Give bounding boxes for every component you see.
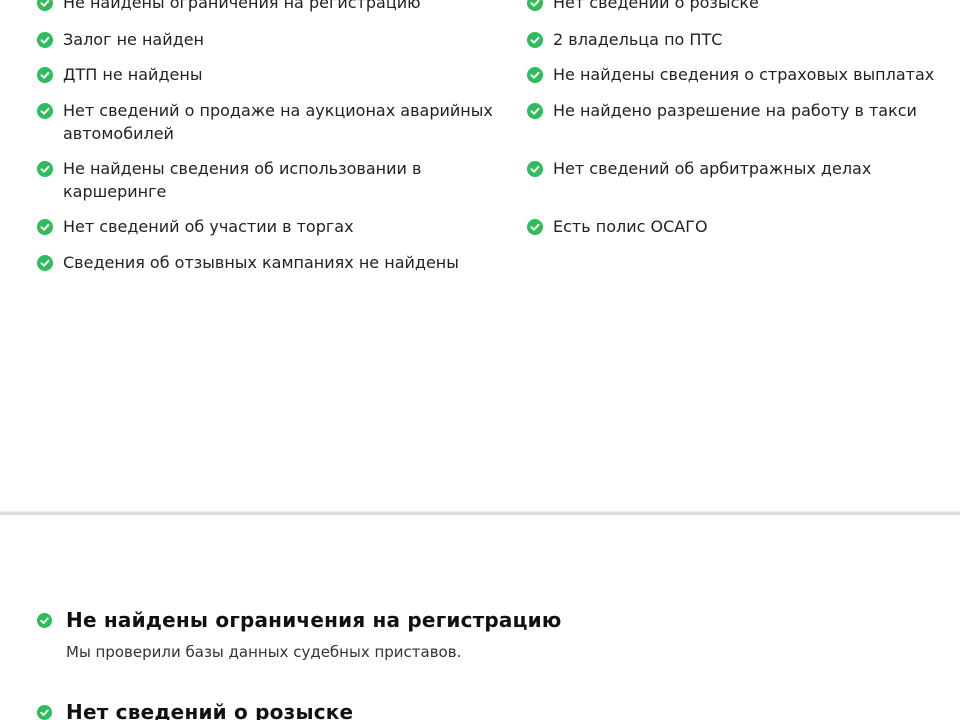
summary-item: Сведения об отзывных кампаниях не найден… (37, 251, 533, 274)
section-divider (0, 511, 960, 515)
check-circle-icon (37, 613, 52, 628)
detail-section-registration: Не найдены ограничения на регистрацию Мы… (37, 607, 562, 662)
detail-section-wanted: Нет сведений о розыске (37, 699, 353, 720)
check-circle-icon (527, 32, 543, 48)
summary-item: Нет сведений об участии в торгах (37, 215, 533, 238)
summary-item: Нет сведений о продаже на аукционах авар… (37, 99, 513, 145)
check-circle-icon (37, 161, 53, 177)
check-circle-icon (527, 161, 543, 177)
summary-item: Нет сведений об арбитражных делах (527, 157, 960, 180)
summary-item: Залог не найден (37, 28, 533, 51)
summary-item: 2 владельца по ПТС (527, 28, 960, 51)
check-circle-icon (527, 103, 543, 119)
check-circle-icon (37, 705, 52, 720)
check-circle-icon (37, 219, 53, 235)
check-circle-icon (527, 67, 543, 83)
detail-title: Нет сведений о розыске (37, 699, 353, 720)
summary-item: ДТП не найдены (37, 63, 533, 86)
detail-description: Мы проверили базы данных судебных приста… (37, 642, 562, 662)
check-circle-icon (37, 0, 53, 11)
check-circle-icon (37, 103, 53, 119)
summary-item: Нет сведений о розыске (527, 0, 960, 14)
check-circle-icon (37, 67, 53, 83)
detail-title: Не найдены ограничения на регистрацию (37, 607, 562, 633)
check-summary: Не найдены ограничения на регистрацию За… (0, 0, 960, 512)
summary-item: Не найдено разрешение на работу в такси (527, 99, 960, 122)
check-circle-icon (37, 32, 53, 48)
summary-item: Не найдены сведения о страховых выплатах (527, 63, 960, 86)
check-circle-icon (527, 219, 543, 235)
summary-item: Есть полис ОСАГО (527, 215, 960, 238)
check-circle-icon (527, 0, 543, 11)
summary-item: Не найдены ограничения на регистрацию (37, 0, 533, 14)
summary-item: Не найдены сведения об использовании в к… (37, 157, 453, 203)
check-circle-icon (37, 255, 53, 271)
